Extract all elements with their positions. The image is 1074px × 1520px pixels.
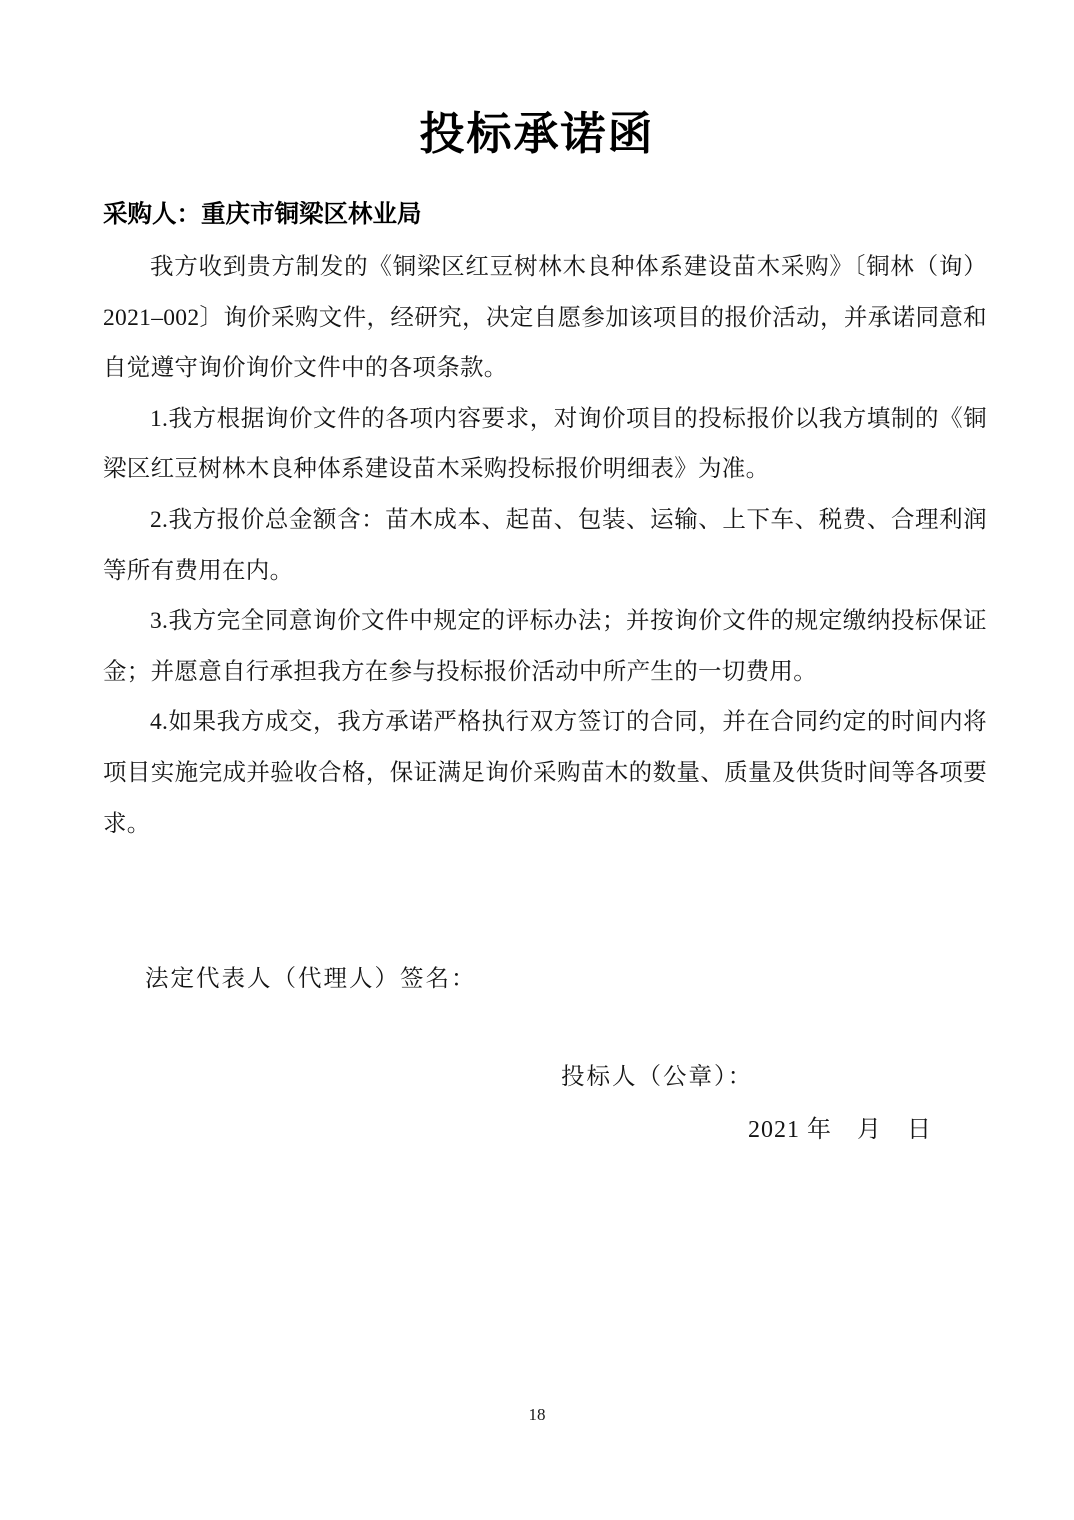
paragraph-item-1: 1.我方根据询价文件的各项内容要求，对询价项目的投标报价以我方填制的《铜梁区红豆… [103,394,987,495]
paragraph-item-2: 2.我方报价总金额含：苗木成本、起苗、包装、运输、上下车、税费、合理利润等所有费… [103,495,987,596]
document-page: 投标承诺函 采购人：重庆市铜梁区林业局 我方收到贵方制发的《铜梁区红豆树林木良种… [0,0,1074,1520]
paragraph-item-3: 3.我方完全同意询价文件中规定的评标办法；并按询价文件的规定缴纳投标保证金；并愿… [103,596,987,697]
document-title: 投标承诺函 [0,104,1074,164]
date-line: 2021 年 月 日 [748,1113,932,1147]
bidder-seal-line: 投标人（公章）： [561,1059,753,1095]
paragraph-item-4: 4.如果我方成交，我方承诺严格执行双方签订的合同，并在合同约定的时间内将项目实施… [103,697,987,849]
purchaser-line: 采购人：重庆市铜梁区林业局 [103,197,993,233]
document-body: 我方收到贵方制发的《铜梁区红豆树林木良种体系建设苗木采购》〔铜林（询）2021–… [103,242,987,849]
legal-representative-signature-line: 法定代表人（代理人）签名： [103,960,993,998]
paragraph-intro: 我方收到贵方制发的《铜梁区红豆树林木良种体系建设苗木采购》〔铜林（询）2021–… [103,242,987,394]
page-number: 18 [0,1404,1074,1426]
